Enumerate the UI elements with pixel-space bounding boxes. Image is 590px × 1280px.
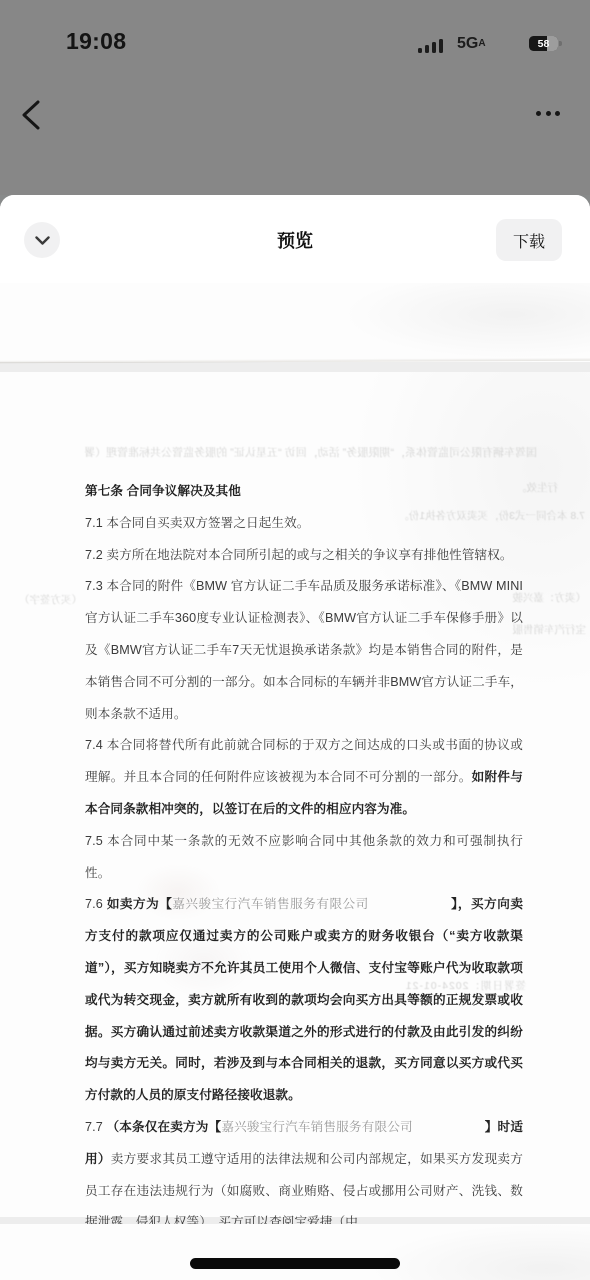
battery-percent: 58 (529, 36, 558, 51)
battery-cap (559, 41, 562, 46)
company-name-field: 嘉兴骏宝行汽车销售服务有限公司 (172, 897, 368, 911)
home-indicator[interactable] (190, 1258, 400, 1269)
document-page-next (0, 1224, 590, 1280)
clause-7-5: 7.5 本合同中某一条款的无效不应影响合同中其他条款的效力和可强制执行性。 (85, 826, 523, 890)
bleed-through-text: （买方签字） (24, 592, 82, 607)
company-name-field: 嘉兴骏宝行汽车销售服务有限公司 (221, 1120, 412, 1134)
preview-sheet: 预览 下载 国驾车辆有限公司监管体系，“期限服务” 活动，回访 “五星认证” 的… (0, 195, 590, 1280)
clause-7-7: 7.7 （本条仅在卖方为【嘉兴骏宝行汽车销售服务有限公司】时适用）卖方要求其员工… (85, 1112, 523, 1239)
document-page-previous (0, 283, 590, 362)
contract-text-column: 第七条 合同争议解决及其他 7.1 本合同自买卖双方签署之日起生效。7.2 卖方… (85, 476, 523, 1239)
sheet-header: 预览 下载 (0, 195, 590, 284)
phone-screen: 19:08 5GA 58 (0, 0, 590, 1280)
clause-7-1: 7.1 本合同自买卖双方签署之日起生效。 (85, 508, 523, 540)
document-page: 国驾车辆有限公司监管体系，“期限服务” 活动，回访 “五星认证” 的服务监管公共… (0, 372, 590, 1217)
blank-field-space (413, 1130, 485, 1131)
back-button[interactable] (16, 94, 52, 134)
more-options-button[interactable] (528, 98, 568, 128)
signal-strength-icon (418, 38, 448, 53)
clock: 19:08 (66, 28, 126, 55)
blank-field-space (369, 907, 451, 908)
chevron-left-icon (16, 94, 52, 134)
clause-7-3: 7.3 本合同的附件《BMW 官方认证二手车品质及服务承诺标准》、《BMW MI… (85, 571, 523, 730)
dot-icon (546, 111, 551, 116)
status-bar: 19:08 5GA 58 (0, 0, 590, 62)
document-scroll-area[interactable]: 国驾车辆有限公司监管体系，“期限服务” 活动，回访 “五星认证” 的服务监管公共… (0, 283, 590, 1280)
dot-icon (555, 111, 560, 116)
battery-icon: 58 (529, 36, 558, 51)
bleed-through-text: 国驾车辆有限公司监管体系，“期限服务” 活动，回访 “五星认证” 的服务监管公共… (85, 444, 537, 460)
clause-7-2: 7.2 卖方所在地法院对本合同所引起的或与之相关的争议享有排他性管辖权。 (85, 540, 523, 572)
clause-7-4: 7.4 本合同将替代所有此前就合同标的于双方之间达成的口头或书面的协议或理解。并… (85, 730, 523, 825)
dot-icon (536, 111, 541, 116)
section-heading: 第七条 合同争议解决及其他 (85, 476, 523, 508)
clause-7-6: 7.6 如卖方为【嘉兴骏宝行汽车销售服务有限公司】，买方向卖方支付的款项应仅通过… (85, 889, 523, 1112)
download-button[interactable]: 下载 (496, 219, 562, 261)
network-type-label: 5GA (457, 35, 486, 53)
browser-nav-bar (0, 92, 590, 142)
dimmed-overlay: 19:08 5GA 58 (0, 0, 590, 195)
